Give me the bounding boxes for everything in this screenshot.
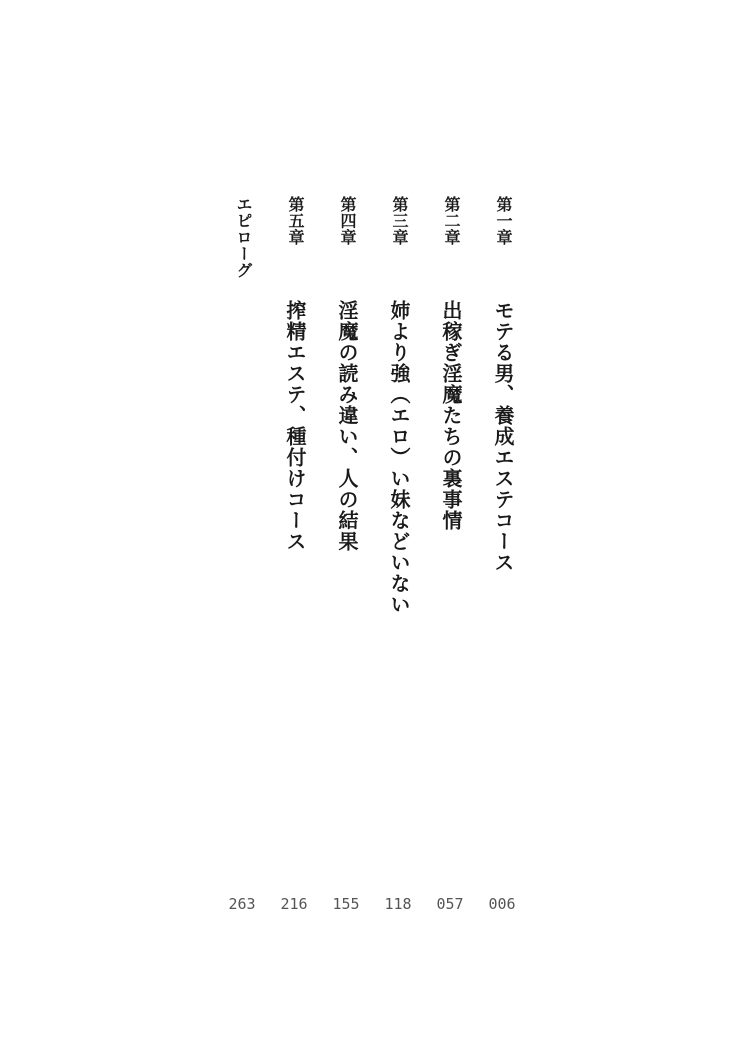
page-number-chapter-4: 155 [320, 894, 372, 914]
chapter-title: 淫魔の読み違い、人の結果 [336, 300, 356, 552]
chapter-label: 第二章 [442, 196, 458, 246]
toc-entry-chapter-2: 第二章 出稼ぎ淫魔たちの裏事情 [435, 196, 465, 656]
chapter-label: 第一章 [494, 196, 510, 246]
table-of-contents-page: 第一章 モテる男、養成エステコース 第二章 出稼ぎ淫魔たちの裏事情 第三章 姉よ… [0, 0, 736, 1038]
page-numbers-row: 263 216 155 118 057 006 [216, 894, 528, 914]
toc-entry-chapter-3: 第三章 姉より強（エロ）い妹などいない [383, 196, 413, 656]
toc-entry-chapter-1: 第一章 モテる男、養成エステコース [487, 196, 517, 656]
chapter-title: 姉より強（エロ）い妹などいない [388, 300, 408, 615]
toc-entry-chapter-5: 第五章 搾精エステ、種付けコース [279, 196, 309, 656]
chapter-label: エピローグ [234, 196, 250, 279]
page-number-chapter-5: 216 [268, 894, 320, 914]
toc-entry-chapter-4: 第四章 淫魔の読み違い、人の結果 [331, 196, 361, 656]
page-number-epilogue: 263 [216, 894, 268, 914]
chapter-label: 第五章 [286, 196, 302, 246]
toc-entry-epilogue: エピローグ [227, 196, 257, 656]
chapter-title: 搾精エステ、種付けコース [284, 300, 304, 552]
chapter-label: 第三章 [390, 196, 406, 246]
chapter-label: 第四章 [338, 196, 354, 246]
page-number-chapter-2: 057 [424, 894, 476, 914]
chapter-title: 出稼ぎ淫魔たちの裏事情 [440, 300, 460, 531]
page-number-chapter-1: 006 [476, 894, 528, 914]
page-number-chapter-3: 118 [372, 894, 424, 914]
chapter-title: モテる男、養成エステコース [492, 300, 512, 573]
